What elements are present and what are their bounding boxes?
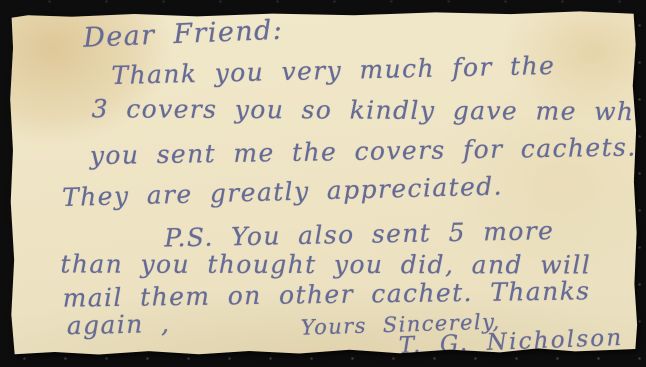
letter-paper-shadow: Dear Friend: Thank you very much for the… xyxy=(10,12,637,354)
album-page-background: Dear Friend: Thank you very much for the… xyxy=(0,0,646,367)
letter-paper: Dear Friend: Thank you very much for the… xyxy=(9,10,638,355)
postscript-line-4: again , xyxy=(66,311,170,338)
body-line-3: you sent me the covers for cachets. xyxy=(90,134,637,168)
body-line-2: 3 covers you so kindly gave me when xyxy=(92,96,646,124)
postscript-line-1: P.S. You also sent 5 more xyxy=(164,218,554,250)
body-line-4: They are greatly appreciated. xyxy=(62,173,503,210)
salutation-line: Dear Friend: xyxy=(83,17,284,52)
body-line-1: Thank you very much for the xyxy=(111,53,555,88)
signature: T. G. Nicholson xyxy=(398,327,623,358)
postscript-line-2: than you thought you did, and will xyxy=(60,252,591,278)
postscript-line-3: mail them on other cachet. Thanks xyxy=(62,278,590,310)
